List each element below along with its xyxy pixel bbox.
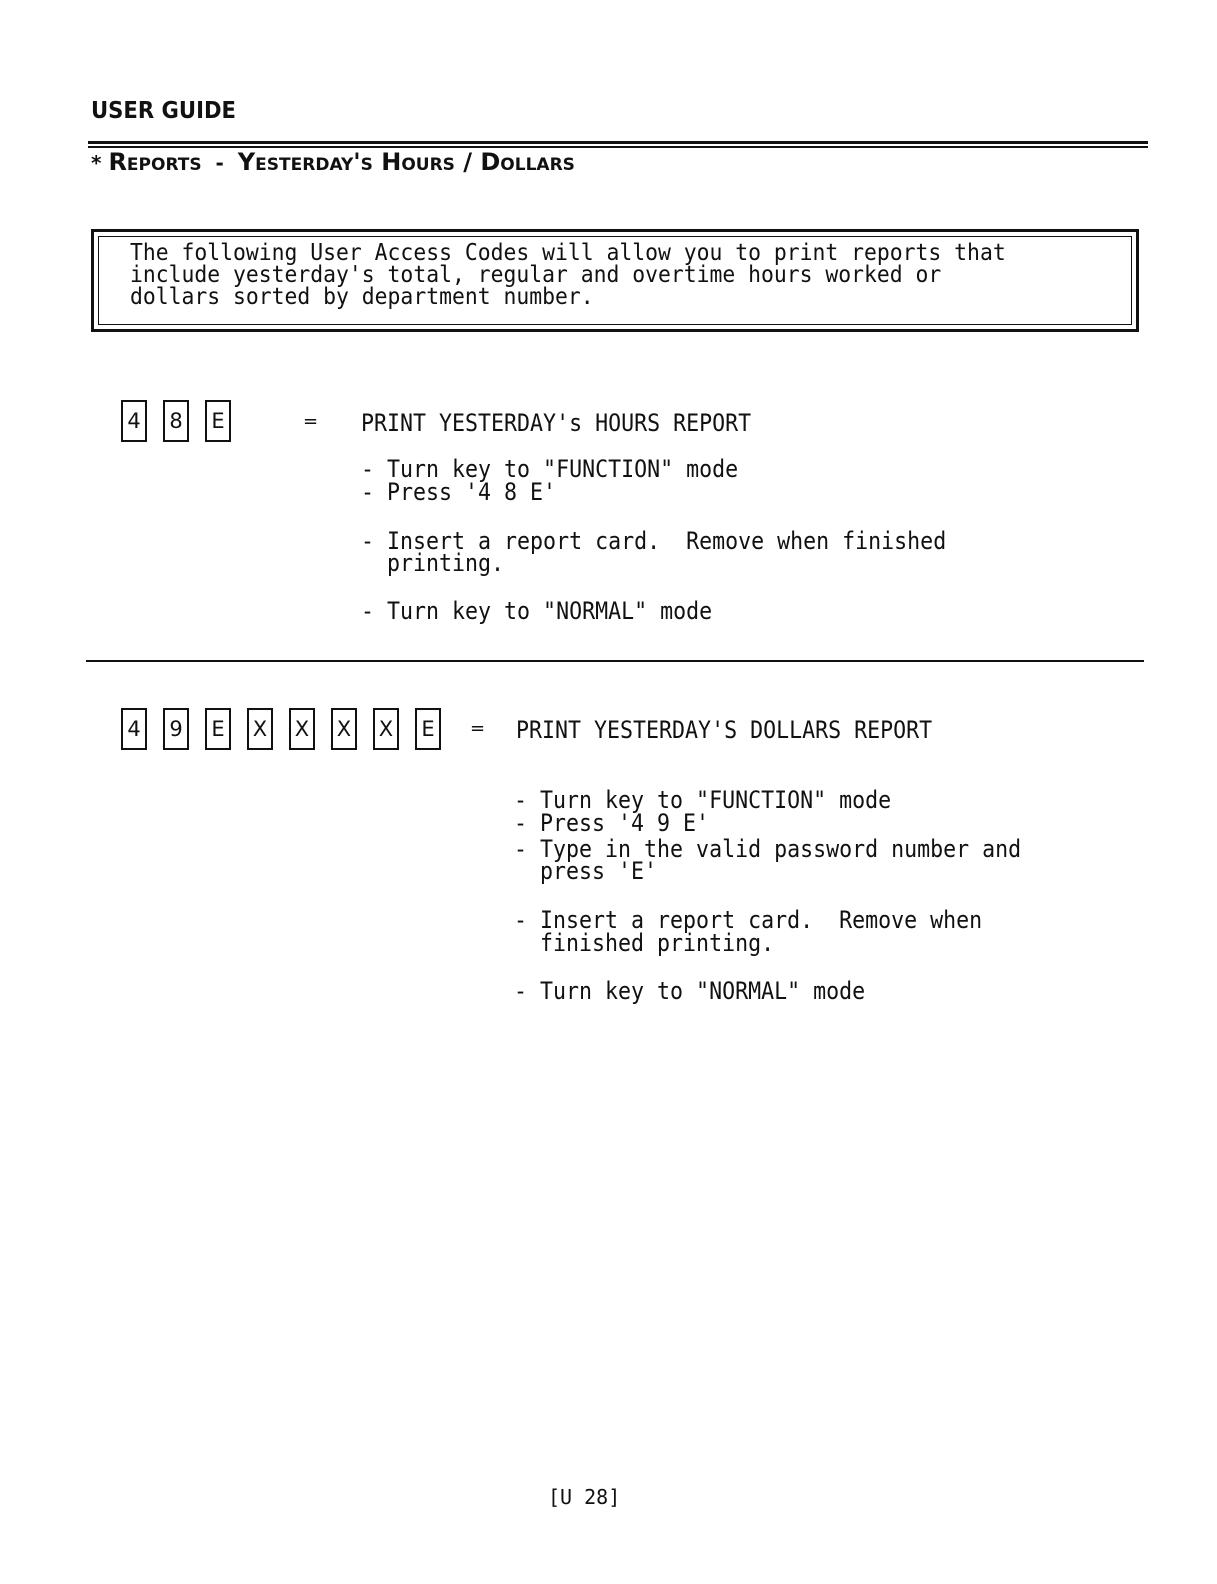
keycap: E xyxy=(205,708,231,750)
intro-text: The following User Access Codes will all… xyxy=(130,242,1051,308)
hours-step: - Press '4 8 E' xyxy=(361,481,556,504)
guide-title: USER GUIDE xyxy=(91,98,236,124)
dollars-report-title: PRINT YESTERDAY'S DOLLARS REPORT xyxy=(516,716,932,744)
keycap: 9 xyxy=(163,708,189,750)
dollars-step: press 'E' xyxy=(514,860,657,883)
keycap: E xyxy=(415,708,441,750)
equals-sign: = xyxy=(470,718,485,739)
keycap: X xyxy=(247,708,273,750)
hours-step: printing. xyxy=(361,552,504,575)
keycap: X xyxy=(373,708,399,750)
keycap: X xyxy=(331,708,357,750)
keycap: X xyxy=(289,708,315,750)
section-name: Reports xyxy=(108,148,201,176)
header-rule-thick xyxy=(88,141,1148,144)
section-subtitle: Yesterday's Hours / Dollars xyxy=(238,148,575,176)
keycap: 4 xyxy=(121,708,147,750)
page-number: [U 28] xyxy=(548,1485,620,1509)
key-sequence-dollars: 49EXXXXE xyxy=(121,708,457,750)
dollars-step: - Turn key to "NORMAL" mode xyxy=(514,980,865,1003)
keycap: 8 xyxy=(163,400,189,442)
dollars-step: finished printing. xyxy=(514,932,774,955)
bullet-icon: * xyxy=(91,151,101,175)
hours-step: - Turn key to "NORMAL" mode xyxy=(361,600,712,623)
section-divider xyxy=(86,660,1144,662)
equals-sign: = xyxy=(303,411,318,432)
section-separator: - xyxy=(216,151,224,175)
keycap: E xyxy=(205,400,231,442)
intro-box: The following User Access Codes will all… xyxy=(91,229,1139,332)
hours-report-title: PRINT YESTERDAY's HOURS REPORT xyxy=(361,409,751,437)
key-sequence-hours: 48E xyxy=(121,400,247,442)
section-title: * Reports - Yesterday's Hours / Dollars xyxy=(91,148,575,176)
keycap: 4 xyxy=(121,400,147,442)
dollars-step: - Press '4 9 E' xyxy=(514,812,709,835)
